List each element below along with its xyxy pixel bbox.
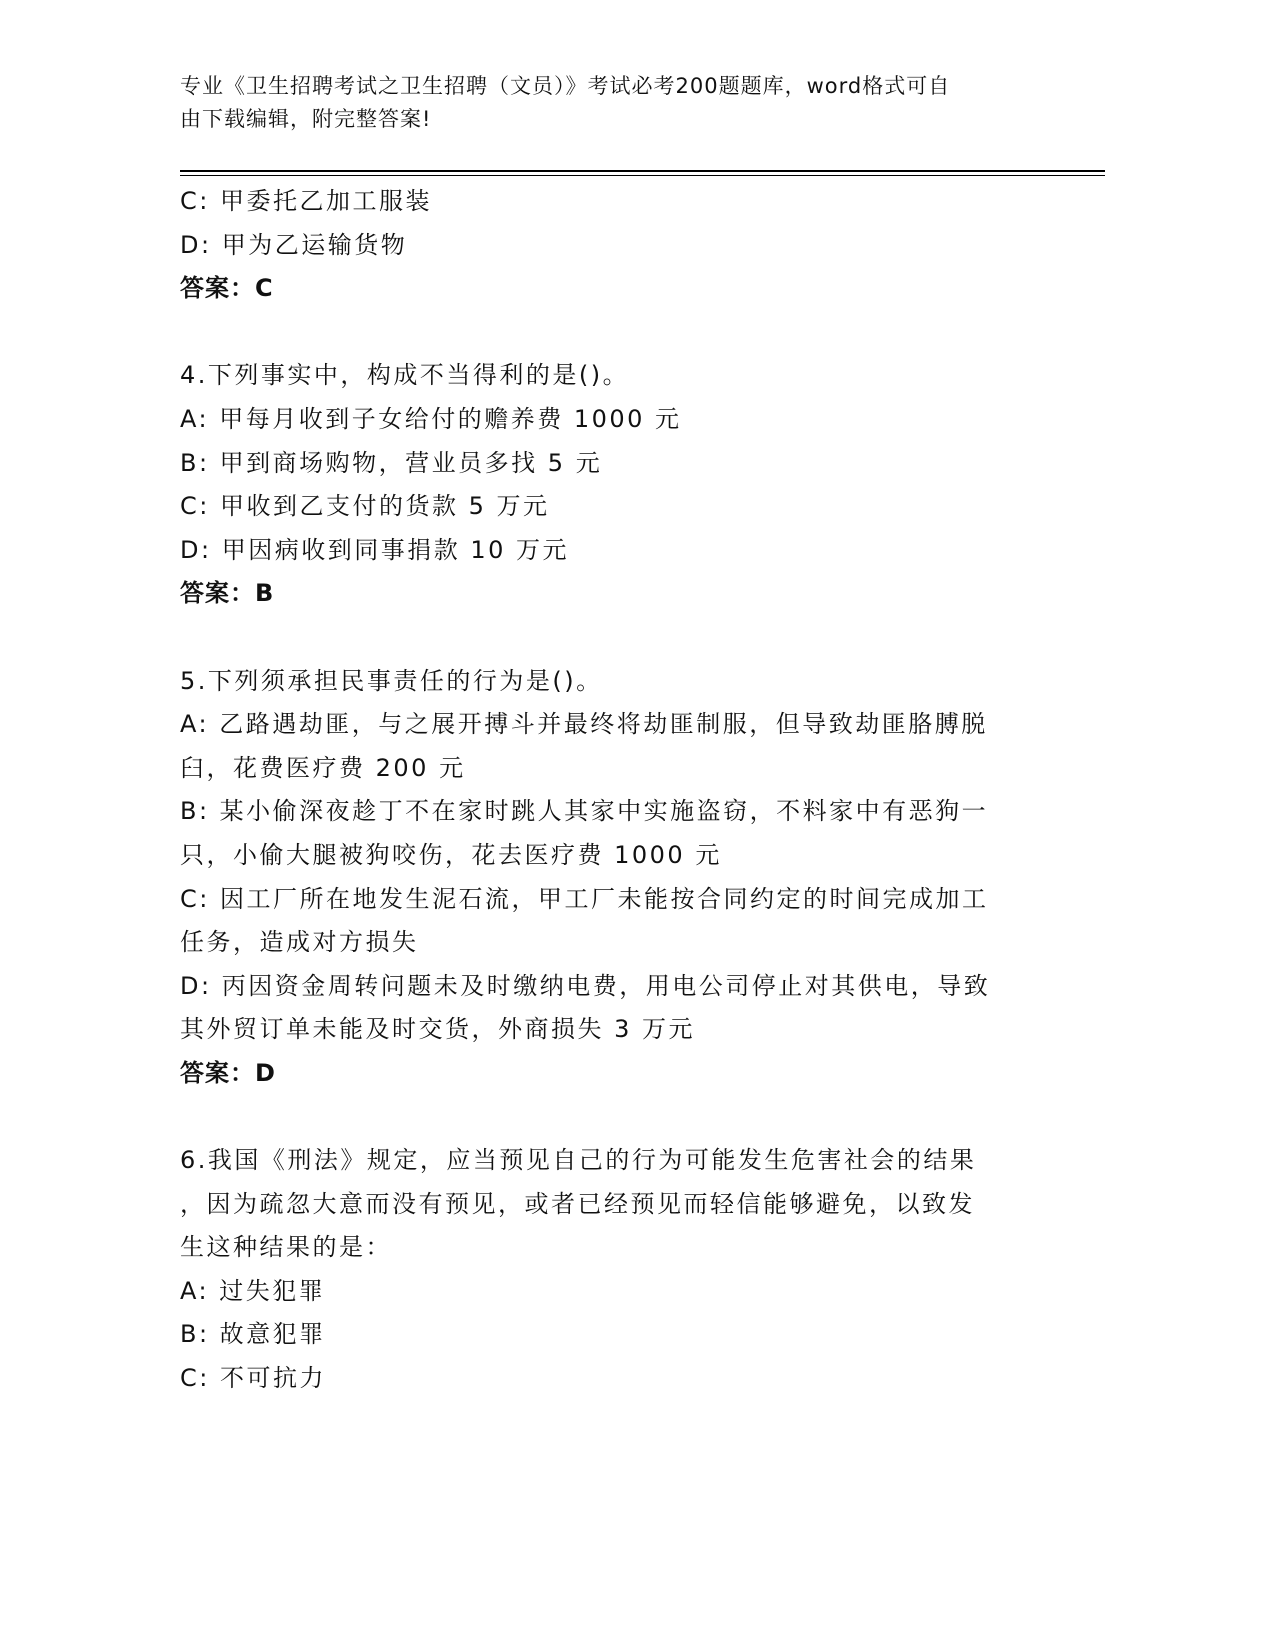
header-line-1: 专业《卫生招聘考试之卫生招聘（文员）》考试必考200题题库，word格式可自 — [180, 70, 1040, 103]
answer: 答案：C — [180, 267, 1040, 311]
option-b: B: 甲到商场购物，营业员多找 5 元 — [180, 442, 1040, 486]
header-rule-thick — [180, 170, 1105, 172]
question-text-3: 生这种结果的是： — [180, 1226, 1040, 1270]
option-a: A: 乙路遇劫匪，与之展开搏斗并最终将劫匪制服，但导致劫匪胳膊脱 — [180, 703, 1040, 747]
question-text-2: ，因为疏忽大意而没有预见，或者已经预见而轻信能够避免，以致发 — [180, 1183, 1040, 1227]
option-a-cont: 臼，花费医疗费 200 元 — [180, 747, 1040, 791]
option-c: C: 因工厂所在地发生泥石流，甲工厂未能按合同约定的时间完成加工 — [180, 878, 1040, 922]
option-d: D: 甲为乙运输货物 — [180, 224, 1040, 268]
option-b: B: 某小偷深夜趁丁不在家时跳人其家中实施盗窃，不料家中有恶狗一 — [180, 790, 1040, 834]
option-d: D: 丙因资金周转问题未及时缴纳电费，用电公司停止对其供电，导致 — [180, 965, 1040, 1009]
question-5: 5.下列须承担民事责任的行为是()。 A: 乙路遇劫匪，与之展开搏斗并最终将劫匪… — [180, 660, 1040, 1096]
question-3-tail: C: 甲委托乙加工服装 D: 甲为乙运输货物 答案：C — [180, 180, 1040, 311]
answer: 答案：B — [180, 572, 1040, 616]
question-4: 4.下列事实中，构成不当得利的是()。 A: 甲每月收到子女给付的赡养费 100… — [180, 354, 1040, 616]
option-b: B: 故意犯罪 — [180, 1313, 1040, 1357]
question-text-1: 6.我国《刑法》规定，应当预见自己的行为可能发生危害社会的结果 — [180, 1139, 1040, 1183]
option-c-cont: 任务，造成对方损失 — [180, 921, 1040, 965]
option-d: D: 甲因病收到同事捐款 10 万元 — [180, 529, 1040, 573]
option-a: A: 过失犯罪 — [180, 1270, 1040, 1314]
document-body: C: 甲委托乙加工服装 D: 甲为乙运输货物 答案：C 4.下列事实中，构成不当… — [180, 180, 1040, 1401]
option-d-cont: 其外贸订单未能及时交货，外商损失 3 万元 — [180, 1008, 1040, 1052]
answer: 答案：D — [180, 1052, 1040, 1096]
option-c: C: 不可抗力 — [180, 1357, 1040, 1401]
option-c: C: 甲委托乙加工服装 — [180, 180, 1040, 224]
option-b-cont: 只，小偷大腿被狗咬伤，花去医疗费 1000 元 — [180, 834, 1040, 878]
question-text: 5.下列须承担民事责任的行为是()。 — [180, 660, 1040, 704]
option-a: A: 甲每月收到子女给付的赡养费 1000 元 — [180, 398, 1040, 442]
header-rule-thin — [180, 175, 1105, 176]
document-header: 专业《卫生招聘考试之卫生招聘（文员）》考试必考200题题库，word格式可自 由… — [180, 70, 1040, 136]
option-c: C: 甲收到乙支付的货款 5 万元 — [180, 485, 1040, 529]
question-6: 6.我国《刑法》规定，应当预见自己的行为可能发生危害社会的结果 ，因为疏忽大意而… — [180, 1139, 1040, 1401]
question-text: 4.下列事实中，构成不当得利的是()。 — [180, 354, 1040, 398]
header-line-2: 由下载编辑，附完整答案! — [180, 103, 1040, 136]
